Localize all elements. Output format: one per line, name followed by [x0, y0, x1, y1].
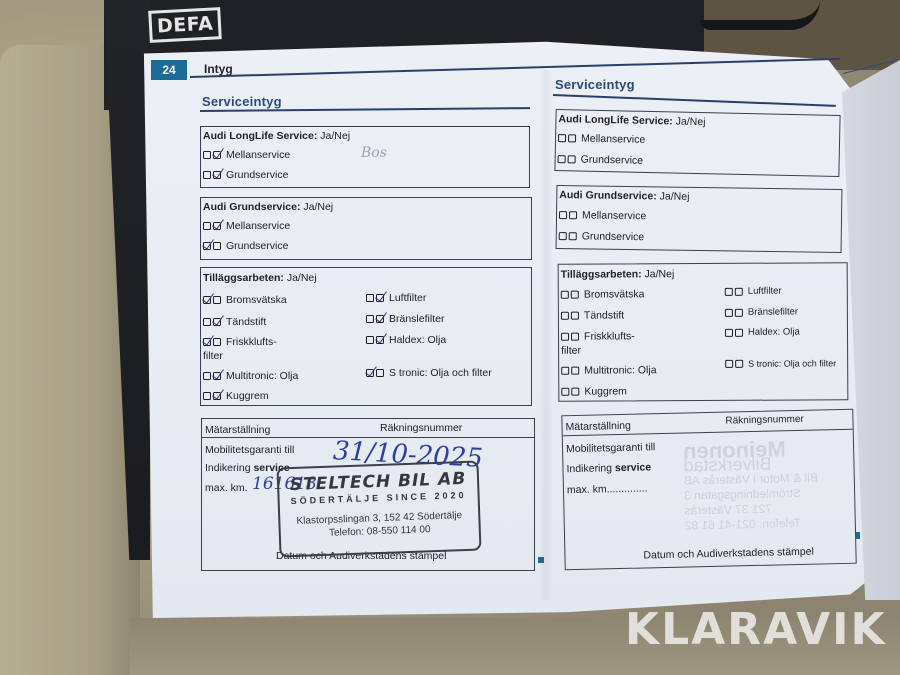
option-row: Grundservice — [203, 240, 288, 252]
ja-checkbox[interactable] — [203, 151, 211, 159]
ja-checkbox[interactable] — [561, 367, 569, 375]
box-title: Tilläggsarbeten: Ja/Nej — [561, 268, 675, 281]
chapter-title: Intyg — [204, 62, 233, 76]
box-title: Audi Grundservice: Ja/Nej — [559, 189, 689, 203]
ja-checkbox[interactable] — [203, 242, 211, 250]
nej-checkbox[interactable] — [213, 171, 221, 179]
page-end-marker — [538, 557, 544, 563]
option-row: Mellanservice — [559, 209, 646, 222]
max-km-label: max. km. — [205, 482, 248, 494]
left-section-title: Serviceintyg — [202, 94, 282, 109]
option-row: Mellanservice — [558, 132, 645, 146]
mobilitetsgaranti-label: Mobilitetsgaranti till — [205, 444, 294, 456]
option-row: Bromsvätska — [203, 294, 287, 306]
nej-checkbox[interactable] — [571, 291, 579, 299]
option-row: Haldex: Olja — [725, 326, 800, 337]
box-title: Tilläggsarbeten: Ja/Nej — [203, 272, 317, 284]
right-section-title: Serviceintyg — [555, 77, 635, 92]
option-row: S tronic: Olja och filter — [366, 367, 492, 379]
nej-checkbox[interactable] — [571, 388, 579, 396]
ja-checkbox[interactable] — [366, 336, 374, 344]
right-tillagg-box: Tilläggsarbeten: Ja/Nej Bromsvätska Tänd… — [558, 262, 849, 402]
ja-checkbox[interactable] — [558, 134, 566, 142]
ja-checkbox[interactable] — [561, 291, 569, 299]
option-row: Mellanservice — [203, 220, 290, 232]
right-meter-box: Mätarställning Räkningsnummer Mobilitets… — [561, 409, 856, 571]
option-row: Luftfilter — [366, 292, 426, 304]
option-row: Luftfilter — [725, 286, 782, 297]
cable — [700, 0, 820, 30]
ja-checkbox[interactable] — [559, 211, 567, 219]
nej-checkbox[interactable] — [213, 296, 221, 304]
watermark-logo: KLARAVIK — [625, 604, 887, 655]
left-tillagg-box: Tilläggsarbeten: Ja/Nej Bromsvätska Tänd… — [200, 267, 532, 406]
nej-checkbox[interactable] — [376, 336, 384, 344]
ja-checkbox[interactable] — [725, 328, 733, 336]
ja-checkbox[interactable] — [366, 294, 374, 302]
mobilitetsgaranti-label: Mobilitetsgaranti till — [566, 441, 656, 455]
nej-checkbox[interactable] — [568, 134, 576, 142]
option-row: Multitronic: Olja — [203, 370, 298, 382]
ja-checkbox[interactable] — [366, 369, 374, 377]
rakningsnummer-label: Räkningsnummer — [725, 414, 804, 427]
ja-checkbox[interactable] — [203, 296, 211, 304]
option-row-cont: filter — [561, 345, 581, 357]
left-grundservice-box: Audi Grundservice: Ja/Nej Mellanservice … — [200, 197, 532, 260]
option-row: S tronic: Olja och filter — [725, 358, 836, 369]
nej-checkbox[interactable] — [213, 392, 221, 400]
booklet-gutter — [539, 70, 553, 600]
faint-signature: Bos — [361, 145, 387, 161]
ja-checkbox[interactable] — [725, 287, 733, 295]
option-row: Multitronic: Olja — [561, 364, 656, 376]
defa-logo: DEFA — [148, 7, 222, 43]
option-row: Friskklufts- — [561, 330, 635, 342]
ja-checkbox[interactable] — [203, 392, 211, 400]
indikering-label: Indikering service — [566, 461, 651, 475]
nej-checkbox[interactable] — [213, 222, 221, 230]
ja-checkbox[interactable] — [203, 372, 211, 380]
ja-checkbox[interactable] — [725, 360, 733, 368]
ja-checkbox[interactable] — [203, 171, 211, 179]
nej-checkbox[interactable] — [213, 338, 221, 346]
nej-checkbox[interactable] — [376, 315, 384, 323]
nej-checkbox[interactable] — [569, 232, 577, 240]
right-longlife-box: Audi LongLife Service: Ja/Nej Mellanserv… — [554, 109, 840, 177]
option-row: Haldex: Olja — [366, 334, 446, 346]
nej-checkbox[interactable] — [568, 155, 576, 163]
ja-checkbox[interactable] — [203, 222, 211, 230]
nej-checkbox[interactable] — [735, 360, 743, 368]
option-row: Grundservice — [558, 153, 644, 167]
nej-checkbox[interactable] — [571, 333, 579, 341]
workshop-stamp: STELTECH BIL AB SÖDERTÄLJE SINCE 2020 Kl… — [276, 461, 481, 558]
stamp-caption: Datum och Audiverkstadens stämpel — [643, 546, 814, 562]
ja-checkbox[interactable] — [366, 315, 374, 323]
option-row: Tändstift — [203, 316, 266, 328]
nej-checkbox[interactable] — [571, 367, 579, 375]
matarstallning-label: Mätarställning — [565, 420, 631, 433]
ja-checkbox[interactable] — [725, 308, 733, 316]
box-title: Audi LongLife Service: Ja/Nej — [203, 130, 350, 142]
nej-checkbox[interactable] — [213, 242, 221, 250]
option-row: Mellanservice — [203, 149, 290, 161]
box-title: Audi Grundservice: Ja/Nej — [203, 201, 333, 213]
option-row: Bränslefilter — [366, 313, 444, 325]
nej-checkbox[interactable] — [376, 294, 384, 302]
page-number: 24 — [151, 60, 187, 80]
nej-checkbox[interactable] — [213, 318, 221, 326]
ja-checkbox[interactable] — [558, 155, 566, 163]
ja-checkbox[interactable] — [559, 232, 567, 240]
ja-checkbox[interactable] — [203, 338, 211, 346]
option-row: Tändstift — [561, 309, 624, 321]
nej-checkbox[interactable] — [571, 312, 579, 320]
option-row: Kuggrem — [203, 390, 269, 402]
page-end-marker — [856, 532, 860, 539]
nej-checkbox[interactable] — [735, 328, 743, 336]
rakningsnummer-label: Räkningsnummer — [380, 422, 462, 434]
option-row-cont: filter — [203, 350, 223, 362]
right-grundservice-box: Audi Grundservice: Ja/Nej Mellanservice … — [556, 185, 843, 253]
max-km-label: max. km.............. — [567, 482, 648, 496]
option-row: Kuggrem — [561, 385, 627, 397]
option-row: Grundservice — [559, 230, 645, 243]
nej-checkbox[interactable] — [376, 369, 384, 377]
ja-checkbox[interactable] — [561, 333, 569, 341]
nej-checkbox[interactable] — [569, 211, 577, 219]
ghost-stamp-bleedthrough: Meinonen Bilverkstad Bil & Motor i Väste… — [683, 441, 819, 534]
left-longlife-box: Audi LongLife Service: Ja/Nej Mellanserv… — [200, 126, 530, 188]
box-title: Audi LongLife Service: Ja/Nej — [558, 113, 705, 128]
option-row: Grundservice — [203, 169, 288, 181]
nej-checkbox[interactable] — [213, 372, 221, 380]
ja-checkbox[interactable] — [203, 318, 211, 326]
option-row: Friskklufts- — [203, 336, 277, 348]
nej-checkbox[interactable] — [735, 287, 743, 295]
nej-checkbox[interactable] — [213, 151, 221, 159]
nej-checkbox[interactable] — [735, 308, 743, 316]
matarstallning-label: Mätarställning — [205, 424, 270, 436]
ja-checkbox[interactable] — [561, 388, 569, 396]
ja-checkbox[interactable] — [561, 312, 569, 320]
option-row: Bränslefilter — [725, 307, 798, 318]
option-row: Bromsvätska — [561, 288, 645, 300]
